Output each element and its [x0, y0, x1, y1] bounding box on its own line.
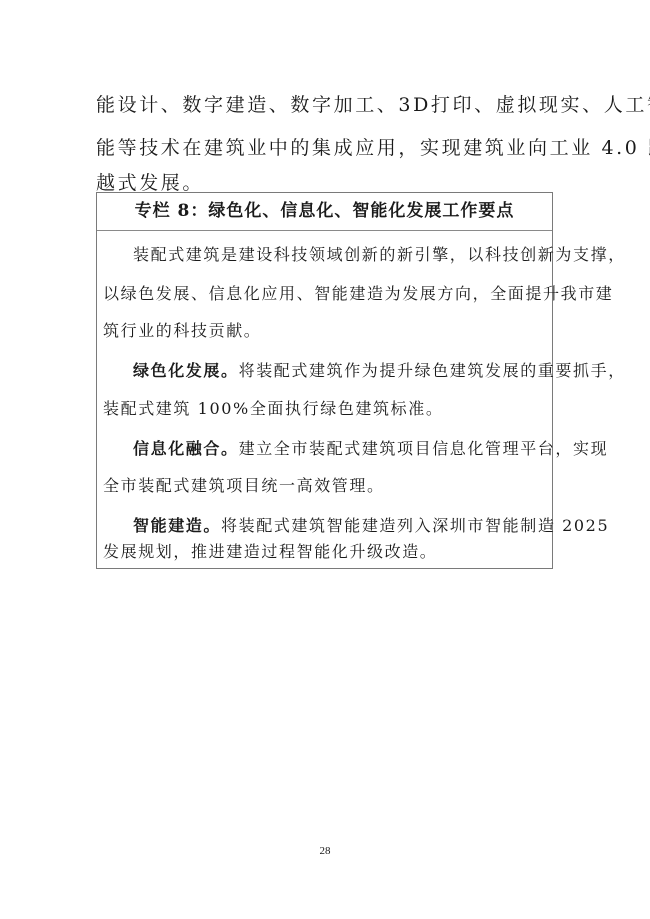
- item-smart-line-1: 智能建造。将装配式建筑智能建造列入深圳市智能制造 2025: [133, 516, 609, 536]
- item-green-heading: 绿色化发展。: [133, 361, 239, 380]
- feature-box: 专栏 8：绿色化、信息化、智能化发展工作要点 装配式建筑是建设科技领域创新的新引…: [96, 192, 553, 569]
- box-paragraph-line-1: 装配式建筑是建设科技领域创新的新引擎，以科技创新为支撑，: [133, 245, 626, 265]
- item-info-text: 建立全市装配式建筑项目信息化管理平台，实现: [239, 439, 609, 458]
- item-info-line-1: 信息化融合。建立全市装配式建筑项目信息化管理平台，实现: [133, 439, 608, 459]
- item-green-text: 将装配式建筑作为提升绿色建筑发展的重要抓手，: [239, 361, 626, 380]
- box-paragraph-line-3: 筑行业的科技贡献。: [103, 321, 261, 341]
- item-green-line-1: 绿色化发展。将装配式建筑作为提升绿色建筑发展的重要抓手，: [133, 361, 626, 381]
- item-info-heading: 信息化融合。: [133, 439, 239, 458]
- item-smart-line-2: 发展规划，推进建造过程智能化升级改造。: [103, 542, 437, 562]
- item-smart-heading: 智能建造。: [133, 516, 221, 535]
- box-paragraph-line-2: 以绿色发展、信息化应用、智能建造为发展方向，全面提升我市建: [103, 284, 613, 304]
- intro-line-1: 能设计、数字建造、数字加工、3D打印、虚拟现实、人工智: [96, 93, 650, 117]
- item-info-line-2: 全市装配式建筑项目统一高效管理。: [103, 476, 385, 496]
- page-number: 28: [0, 845, 650, 857]
- item-smart-text: 将装配式建筑智能建造列入深圳市智能制造 2025: [221, 516, 609, 535]
- intro-line-2: 能等技术在建筑业中的集成应用，实现建筑业向工业 4.0 跨: [96, 136, 650, 160]
- feature-box-title: 专栏 8：绿色化、信息化、智能化发展工作要点: [97, 193, 552, 231]
- item-green-line-2: 装配式建筑 100%全面执行绿色建筑标准。: [103, 399, 443, 419]
